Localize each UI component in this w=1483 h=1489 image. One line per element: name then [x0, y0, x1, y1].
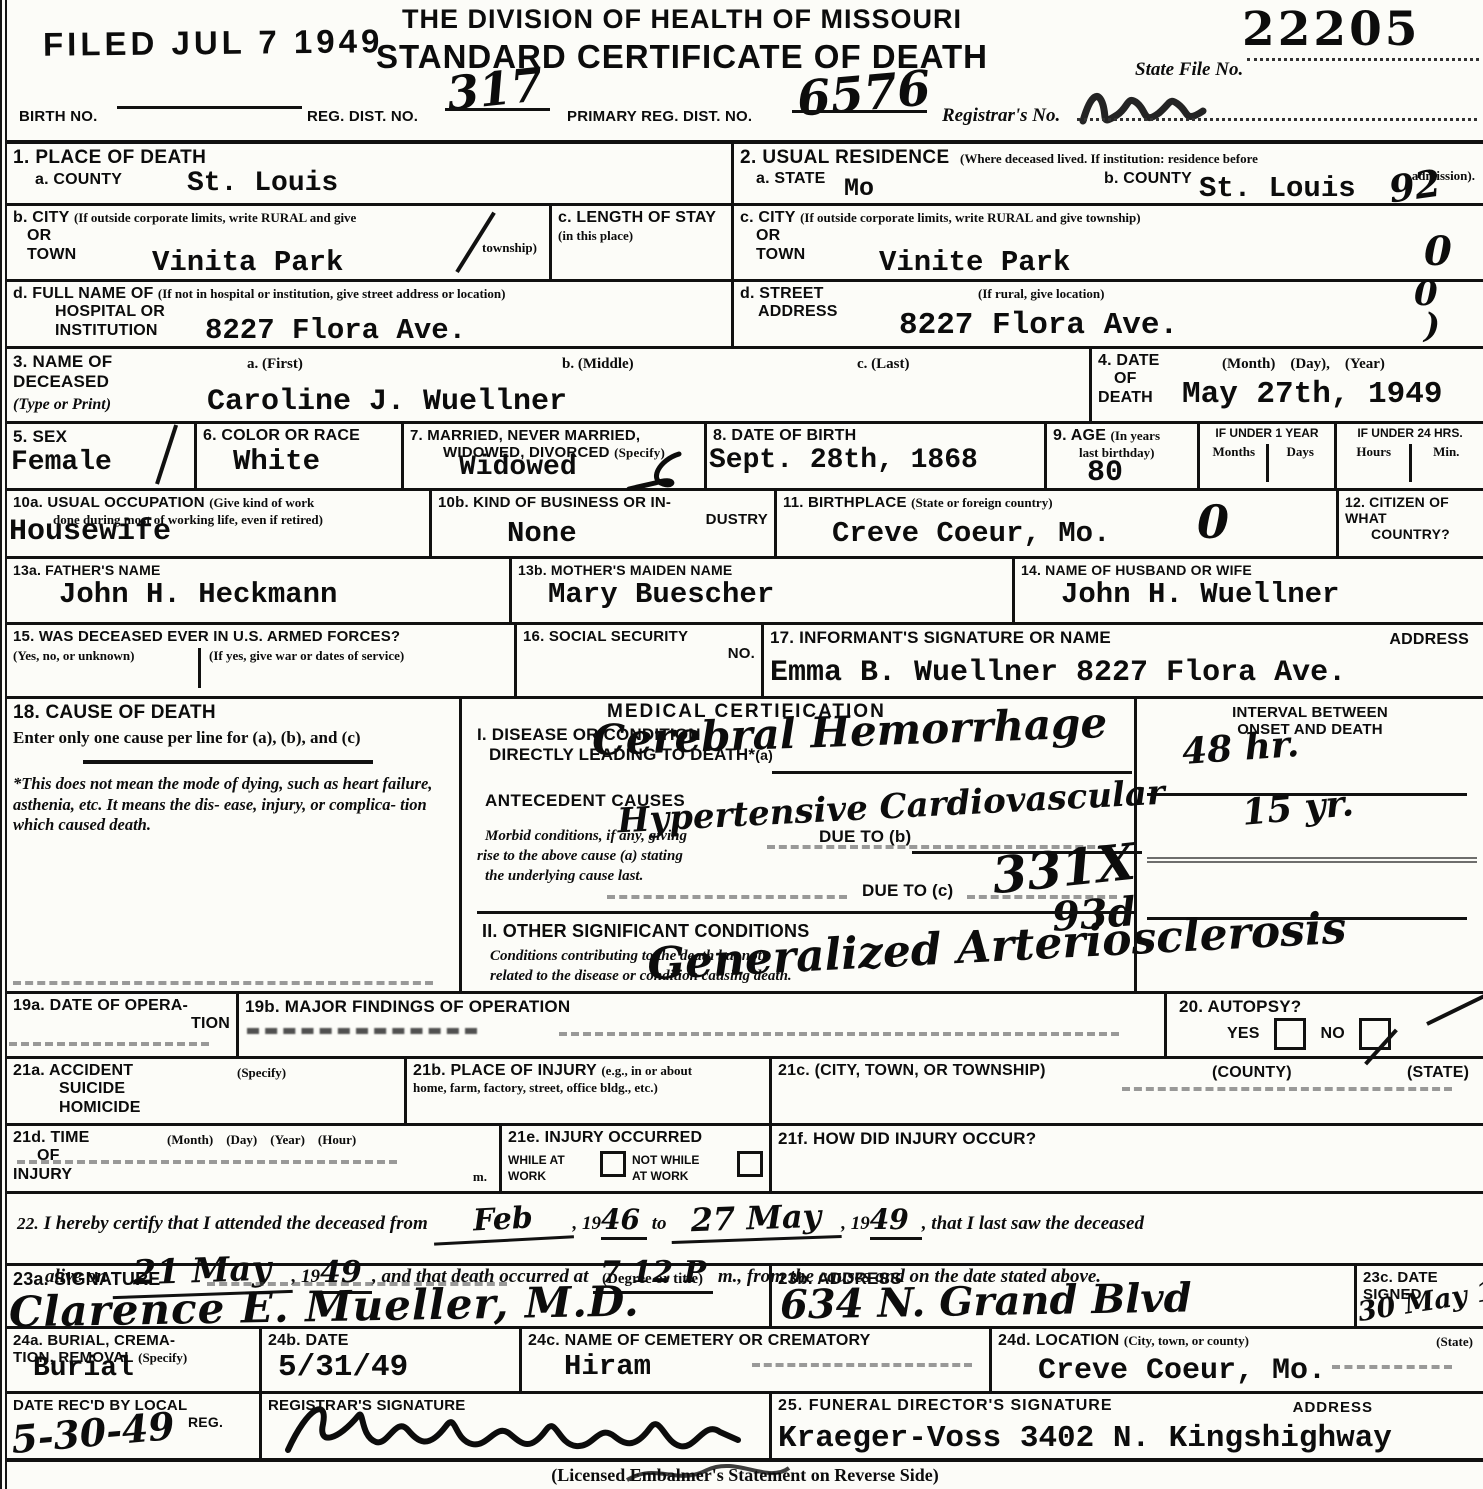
- field-date-of-death: 4. DATE OF DEATH (Month) (Day), (Year) M…: [1092, 349, 1483, 421]
- field-armed-forces: 15. WAS DECEASED EVER IN U.S. ARMED FORC…: [7, 625, 517, 696]
- field-how-injury-occurred: 21f. HOW DID INJURY OCCUR?: [772, 1126, 1483, 1191]
- bp-label: 11. BIRTHPLACE: [783, 494, 907, 511]
- res-state-label: a. STATE: [756, 170, 825, 188]
- scan-smudge-7: [1122, 1087, 1452, 1091]
- 22-text3: to: [652, 1213, 667, 1234]
- antecedent-note3: the underlying cause last.: [485, 867, 643, 886]
- name-middle-label: b. (Middle): [562, 355, 634, 373]
- citizen-label1: 12. CITIZEN OF WHAT: [1345, 494, 1477, 526]
- citizen-label2: COUNTRY?: [1371, 526, 1477, 542]
- field-res-city: c. CITY (If outside corporate limits, wr…: [734, 206, 1483, 279]
- pod-city-label1: b. CITY: [13, 209, 70, 226]
- op-date-label1: 19a. DATE OF OPERA-: [13, 997, 230, 1015]
- 21b-label: 21b. PLACE OF INJURY: [413, 1062, 597, 1079]
- field-under-1yr: IF UNDER 1 YEAR Months Days: [1200, 424, 1337, 488]
- registrar-no-scribble: [1077, 85, 1217, 129]
- 22-from-year: 46: [601, 1202, 647, 1240]
- field-occupation: 10a. USUAL OCCUPATION (Give kind of work…: [7, 491, 432, 556]
- 22-text4: , 19: [841, 1213, 870, 1234]
- burial-type-value: Burial: [33, 1353, 134, 1384]
- name-last-label: c. (Last): [857, 355, 910, 373]
- res-city-ins: (If outside corporate limits, write RURA…: [800, 210, 1141, 225]
- scan-smudge-5: [9, 1042, 209, 1046]
- field-mother: 13b. MOTHER'S MAIDEN NAME Mary Buescher: [512, 559, 1015, 622]
- dod-value: May 27th, 1949: [1182, 377, 1442, 412]
- 21b-ins1: (e.g., in or about: [601, 1063, 692, 1078]
- 21b-ins2: home, farm, factory, street, office bldg…: [413, 1080, 763, 1096]
- primary-reg-line: [792, 110, 927, 113]
- op-findings-label: 19b. MAJOR FINDINGS OF OPERATION: [245, 997, 1158, 1017]
- funeral-address-label: ADDRESS: [1293, 1399, 1373, 1416]
- bus-value: None: [507, 517, 577, 550]
- spouse-value: John H. Wuellner: [1061, 578, 1477, 611]
- footer-scribble: [617, 1460, 797, 1488]
- line-c-tag: DUE TO (c): [862, 881, 953, 901]
- bus-label1: 10b. KIND OF BUSINESS OR IN-: [438, 494, 768, 511]
- field-res-street: d. STREET (If rural, give location) ADDR…: [734, 282, 1483, 346]
- field-dob: 8. DATE OF BIRTH Sept. 28th, 1868: [707, 424, 1047, 488]
- 21a-ins: (Specify): [237, 1065, 286, 1081]
- agency-title: THE DIVISION OF HEALTH OF MISSOURI: [372, 4, 992, 35]
- field-date-signed: 23c. DATE SIGNED 30 May 1949: [1357, 1266, 1483, 1326]
- birth-no-line: [117, 106, 302, 109]
- age-value: 80: [1087, 456, 1123, 490]
- reg-dist-value: 317: [444, 57, 545, 121]
- 21e-label: 21e. INJURY OCCURRED: [508, 1129, 763, 1147]
- 21e-while-label1: WHILE AT: [508, 1153, 565, 1167]
- state-file-number: 22205: [1242, 2, 1421, 57]
- race-label: 6. COLOR OR RACE: [203, 427, 395, 445]
- under24-label: IF UNDER 24 HRS.: [1339, 426, 1481, 440]
- pod-city-value: Vinita Park: [152, 246, 343, 279]
- street-value: 8227 Flora Ave.: [899, 308, 1178, 343]
- res-state-value: Mo: [844, 174, 874, 203]
- reg-dist-label: REG. DIST. NO.: [307, 108, 418, 125]
- field-attendance-certification: 22. I hereby certify that I attended the…: [7, 1194, 1483, 1266]
- county-label: a. COUNTY: [35, 171, 725, 189]
- under24-min: Min.: [1412, 444, 1482, 482]
- interval-rule-2: [1147, 857, 1477, 863]
- field-sex: 5. SEX Female: [7, 424, 197, 488]
- 21d-label3: INJURY: [13, 1166, 493, 1184]
- field-father: 13a. FATHER'S NAME John H. Heckmann: [7, 559, 512, 622]
- funeral-label: 25. FUNERAL DIRECTOR'S SIGNATURE: [778, 1397, 1113, 1414]
- mother-label: 13b. MOTHER'S MAIDEN NAME: [518, 562, 1006, 578]
- residence-ins: (Where deceased lived. If institution: r…: [960, 151, 1258, 166]
- field-under-24h: IF UNDER 24 HRS. Hours Min.: [1337, 424, 1483, 488]
- marital-label1: 7. MARRIED, NEVER MARRIED,: [410, 427, 698, 444]
- primary-reg-value: 6576: [795, 60, 933, 127]
- stay-label: c. LENGTH OF STAY: [558, 209, 725, 227]
- 24c-label: 24c. NAME OF CEMETERY OR CREMATORY: [528, 1332, 983, 1350]
- spouse-label: 14. NAME OF HUSBAND OR WIFE: [1021, 562, 1477, 578]
- occ-ins1: (Give kind of work: [209, 495, 314, 510]
- forces-ins2: (If yes, give war or dates of service): [201, 648, 508, 688]
- dob-label: 8. DATE OF BIRTH: [713, 427, 1038, 445]
- informant-address-label: ADDRESS: [1389, 631, 1469, 649]
- field-age: 9. AGE (In years last birthday) 80: [1047, 424, 1200, 488]
- registrar-no-label: Registrar's No.: [942, 104, 1060, 128]
- occ-label: 10a. USUAL OCCUPATION: [13, 494, 205, 511]
- 22-number: 22.: [17, 1214, 39, 1233]
- field-cemetery: 24c. NAME OF CEMETERY OR CREMATORY Hiram: [522, 1329, 992, 1391]
- occ-value: Housewife: [9, 515, 171, 549]
- cause-note1: Enter only one cause per line for (a), (…: [13, 728, 433, 748]
- 21d-cols: (Month) (Day) (Year) (Hour): [167, 1132, 356, 1148]
- field-date-received: DATE REC'D BY LOCAL REG. 5-30-49: [7, 1394, 262, 1458]
- 24b-label: 24b. DATE: [268, 1332, 513, 1350]
- name-value: Caroline J. Wuellner: [207, 385, 567, 419]
- registrar-signature-scribble: [268, 1396, 763, 1458]
- 22-text2: , 19: [573, 1213, 602, 1234]
- field-burial-type: 24a. BURIAL, CREMA- TION, REMOVAL (Speci…: [7, 1329, 262, 1391]
- field-race: 6. COLOR OR RACE White: [197, 424, 404, 488]
- bp-value: Creve Coeur, Mo.: [832, 517, 1110, 550]
- stay-ins: (in this place): [558, 228, 633, 243]
- res-county-label: b. COUNTY: [1104, 170, 1192, 188]
- 21c-state-label: (STATE): [1407, 1064, 1469, 1082]
- section-ii-divider: [477, 911, 1137, 914]
- field-accident-type: 21a. ACCIDENT (Specify) SUICIDE HOMICIDE: [7, 1059, 407, 1123]
- inst-label1: d. FULL NAME OF: [13, 285, 153, 302]
- 21d-label1: 21d. TIME: [13, 1129, 89, 1146]
- field-place-of-injury: 21b. PLACE OF INJURY (e.g., in or about …: [407, 1059, 772, 1123]
- interval-header1: INTERVAL BETWEEN: [1143, 704, 1477, 721]
- pod-city-ins: (If outside corporate limits, write RURA…: [74, 210, 356, 225]
- inst-value: 8227 Flora Ave.: [205, 314, 466, 347]
- field-informant: 17. INFORMANT'S SIGNATURE OR NAME ADDRES…: [764, 625, 1483, 696]
- filed-date-stamp: FILED JUL 7 1949: [43, 22, 384, 64]
- 24a-ins: (Specify): [138, 1350, 187, 1365]
- ssn-label2: NO.: [523, 645, 755, 662]
- under1-months: Months: [1202, 444, 1269, 482]
- mother-value: Mary Buescher: [548, 578, 1006, 611]
- primary-reg-label: PRIMARY REG. DIST. NO.: [567, 108, 752, 125]
- cause-divider: [83, 760, 373, 764]
- 24d-state-label: (State): [1436, 1334, 1473, 1350]
- county-value: St. Louis: [187, 168, 338, 199]
- while-at-work-checkbox: [600, 1151, 626, 1177]
- field-spouse: 14. NAME OF HUSBAND OR WIFE John H. Wuel…: [1015, 559, 1483, 622]
- ssn-label1: 16. SOCIAL SECURITY: [523, 628, 755, 645]
- 21c-label: 21c. (CITY, TOWN, OR TOWNSHIP): [778, 1062, 1046, 1079]
- field-place-of-death: 1. PLACE OF DEATH a. COUNTY St. Louis: [7, 144, 734, 203]
- bp-annotation: 0: [1197, 495, 1229, 549]
- field-injury-location: 21c. (CITY, TOWN, OR TOWNSHIP) (COUNTY) …: [772, 1059, 1483, 1123]
- birth-no-label: BIRTH NO.: [19, 108, 97, 125]
- recd-label2: REG.: [188, 1414, 253, 1430]
- 21a-label2: SUICIDE: [59, 1080, 398, 1098]
- 21e-notwhile-label1: NOT WHILE: [632, 1153, 699, 1167]
- age-label: 9. AGE: [1053, 427, 1106, 444]
- field-citizen: 12. CITIZEN OF WHAT COUNTRY?: [1339, 491, 1483, 556]
- 21d-m-label: m.: [473, 1169, 487, 1185]
- 22-text1: I hereby certify that I attended the dec…: [44, 1213, 428, 1234]
- field-business: 10b. KIND OF BUSINESS OR IN- DUSTRY None: [432, 491, 777, 556]
- autopsy-yes-label: YES: [1227, 1025, 1260, 1042]
- field-registrar-signature: REGISTRAR'S SIGNATURE: [262, 1394, 772, 1458]
- field-operation-findings: 19b. MAJOR FINDINGS OF OPERATION: [239, 994, 1167, 1056]
- inst-ins: (If not in hospital or institution, give…: [158, 286, 506, 301]
- 22-from-value: Feb: [432, 1197, 574, 1245]
- under24-hours: Hours: [1339, 444, 1412, 482]
- field-birthplace: 11. BIRTHPLACE (State or foreign country…: [777, 491, 1339, 556]
- pod-city-ins2: township): [482, 240, 537, 256]
- street-label1: d. STREET: [740, 285, 824, 302]
- 21a-label1: 21a. ACCIDENT: [13, 1062, 133, 1079]
- not-while-at-work-checkbox: [737, 1151, 763, 1177]
- field-pod-city: b. CITY (If outside corporate limits, wr…: [7, 206, 552, 279]
- marital-flourish: [619, 450, 699, 490]
- name-label1: 3. NAME OF: [13, 352, 1083, 372]
- under1-days: Days: [1269, 444, 1333, 482]
- bleed-through-text: [247, 1028, 477, 1034]
- scan-smudge-10: [752, 1363, 972, 1367]
- res-city-value: Vinite Park: [879, 246, 1070, 279]
- line-a-rule: [772, 771, 1132, 774]
- dob-value: Sept. 28th, 1868: [709, 445, 1038, 476]
- certificate-form: 1. PLACE OF DEATH a. COUNTY St. Louis 2.…: [7, 140, 1483, 1462]
- scan-smudge-6: [559, 1032, 1119, 1036]
- autopsy-no-label: NO: [1321, 1025, 1345, 1042]
- field-usual-residence: 2. USUAL RESIDENCE (Where deceased lived…: [734, 144, 1483, 203]
- death-certificate-scan: FILED JUL 7 1949 THE DIVISION OF HEALTH …: [0, 0, 1483, 1489]
- informant-label: 17. INFORMANT'S SIGNATURE OR NAME: [770, 628, 1111, 647]
- antecedent-note2: rise to the above cause (a) stating: [477, 847, 683, 866]
- residence-label: 2. USUAL RESIDENCE: [740, 147, 950, 168]
- scan-smudge-9: [207, 1282, 507, 1286]
- res-city-annotation: 0: [1424, 228, 1452, 275]
- res-city-label2: OR: [756, 227, 1477, 245]
- reg-dist-line: [445, 108, 550, 111]
- 24d-label: 24d. LOCATION: [998, 1332, 1119, 1349]
- race-value: White: [233, 445, 395, 478]
- state-file-line: [1247, 58, 1479, 61]
- 22-text5: , that I last saw the deceased: [922, 1213, 1144, 1234]
- field-deceased-name: 3. NAME OF DECEASED (Type or Print) a. (…: [7, 349, 1092, 421]
- res-city-label3: TOWN: [756, 246, 1477, 264]
- autopsy-no-checkbox: [1359, 1018, 1391, 1050]
- burial-date-value: 5/31/49: [278, 1350, 513, 1385]
- cause-note2: *This does not mean the mode of dying, s…: [13, 774, 443, 836]
- 21c-county-label: (COUNTY): [1212, 1064, 1292, 1082]
- cause-header: 18. CAUSE OF DEATH: [13, 702, 453, 724]
- field-burial-location: 24d. LOCATION (City, town, or county) (S…: [992, 1329, 1483, 1391]
- res-city-label1: c. CITY: [740, 209, 796, 226]
- field-length-of-stay: c. LENGTH OF STAY (in this place): [552, 206, 734, 279]
- physician-address-value: 634 N. Grand Blvd: [780, 1274, 1192, 1328]
- scan-smudge-11: [1332, 1365, 1452, 1369]
- 22-to-year: 49: [870, 1202, 922, 1240]
- field-physician-signature: 23a. SIGNATURE (Degree or title) Clarenc…: [7, 1266, 772, 1326]
- field-time-of-injury: 21d. TIME (Month) (Day) (Year) (Hour) OF…: [7, 1126, 502, 1191]
- scan-smudge-1: [13, 981, 433, 985]
- op-date-label2: TION: [13, 1015, 230, 1033]
- father-value: John H. Heckmann: [59, 578, 503, 611]
- field-funeral-director: 25. FUNERAL DIRECTOR'S SIGNATURE ADDRESS…: [772, 1394, 1483, 1458]
- field-operation-date: 19a. DATE OF OPERA- TION: [7, 994, 239, 1056]
- burial-location-value: Creve Coeur, Mo.: [1038, 1354, 1477, 1388]
- funeral-value: Kraeger-Voss 3402 N. Kingshighway: [778, 1421, 1477, 1456]
- autopsy-label: 20. AUTOPSY?: [1179, 997, 1477, 1017]
- informant-value: Emma B. Wuellner 8227 Flora Ave.: [770, 656, 1477, 690]
- field-injury-occurred: 21e. INJURY OCCURRED WHILE AT WORK NOT W…: [502, 1126, 772, 1191]
- father-label: 13a. FATHER'S NAME: [13, 562, 503, 578]
- field-autopsy: 20. AUTOPSY? YES NO: [1167, 994, 1483, 1056]
- field-physician-address: 23b. ADDRESS 634 N. Grand Blvd: [772, 1266, 1357, 1326]
- bus-label2: DUSTRY: [438, 511, 768, 528]
- autopsy-yes-checkbox: [1274, 1018, 1306, 1050]
- 22-to-value: 27 May: [671, 1195, 842, 1244]
- res-county-value: St. Louis: [1199, 172, 1356, 205]
- street-annotation2: ): [1424, 306, 1440, 346]
- under1-label: IF UNDER 1 YEAR: [1202, 426, 1332, 440]
- 24d-ins: (City, town, or county): [1124, 1333, 1249, 1348]
- 24a-label1: 24a. BURIAL, CREMA-: [13, 1332, 253, 1349]
- field-ssn: 16. SOCIAL SECURITY NO.: [517, 625, 764, 696]
- field-marital: 7. MARRIED, NEVER MARRIED, WIDOWED, DIVO…: [404, 424, 707, 488]
- registrar-no-line: [1077, 118, 1477, 121]
- dod-cols: (Month) (Day), (Year): [1222, 355, 1385, 373]
- field-cause-of-death-notes: 18. CAUSE OF DEATH Enter only one cause …: [7, 699, 462, 991]
- street-ins: (If rural, give location): [978, 286, 1104, 301]
- res-county-annotation: 92: [1386, 161, 1443, 212]
- scan-smudge-3: [607, 895, 847, 899]
- 21a-label3: HOMICIDE: [59, 1099, 398, 1117]
- field-institution: d. FULL NAME OF (If not in hospital or i…: [7, 282, 734, 346]
- age-ins1: (In years: [1111, 428, 1160, 443]
- forces-label: 15. WAS DECEASED EVER IN U.S. ARMED FORC…: [13, 628, 508, 645]
- place-of-death-label: 1. PLACE OF DEATH: [13, 147, 206, 168]
- pod-city-label2: OR: [27, 227, 543, 245]
- sex-label: 5. SEX: [13, 427, 188, 447]
- field-burial-date: 24b. DATE 5/31/49: [262, 1329, 522, 1391]
- state-file-label: State File No.: [1135, 58, 1243, 82]
- forces-ins1: (Yes, no, or unknown): [13, 648, 201, 688]
- name-first-label: a. (First): [247, 355, 303, 373]
- bp-ins: (State or foreign country): [911, 495, 1052, 510]
- marital-value: Widowed: [459, 452, 577, 483]
- line-a-interval: 48 hr.: [1181, 723, 1301, 773]
- 21f-label: 21f. HOW DID INJURY OCCUR?: [778, 1129, 1477, 1149]
- scan-smudge-8: [17, 1160, 397, 1164]
